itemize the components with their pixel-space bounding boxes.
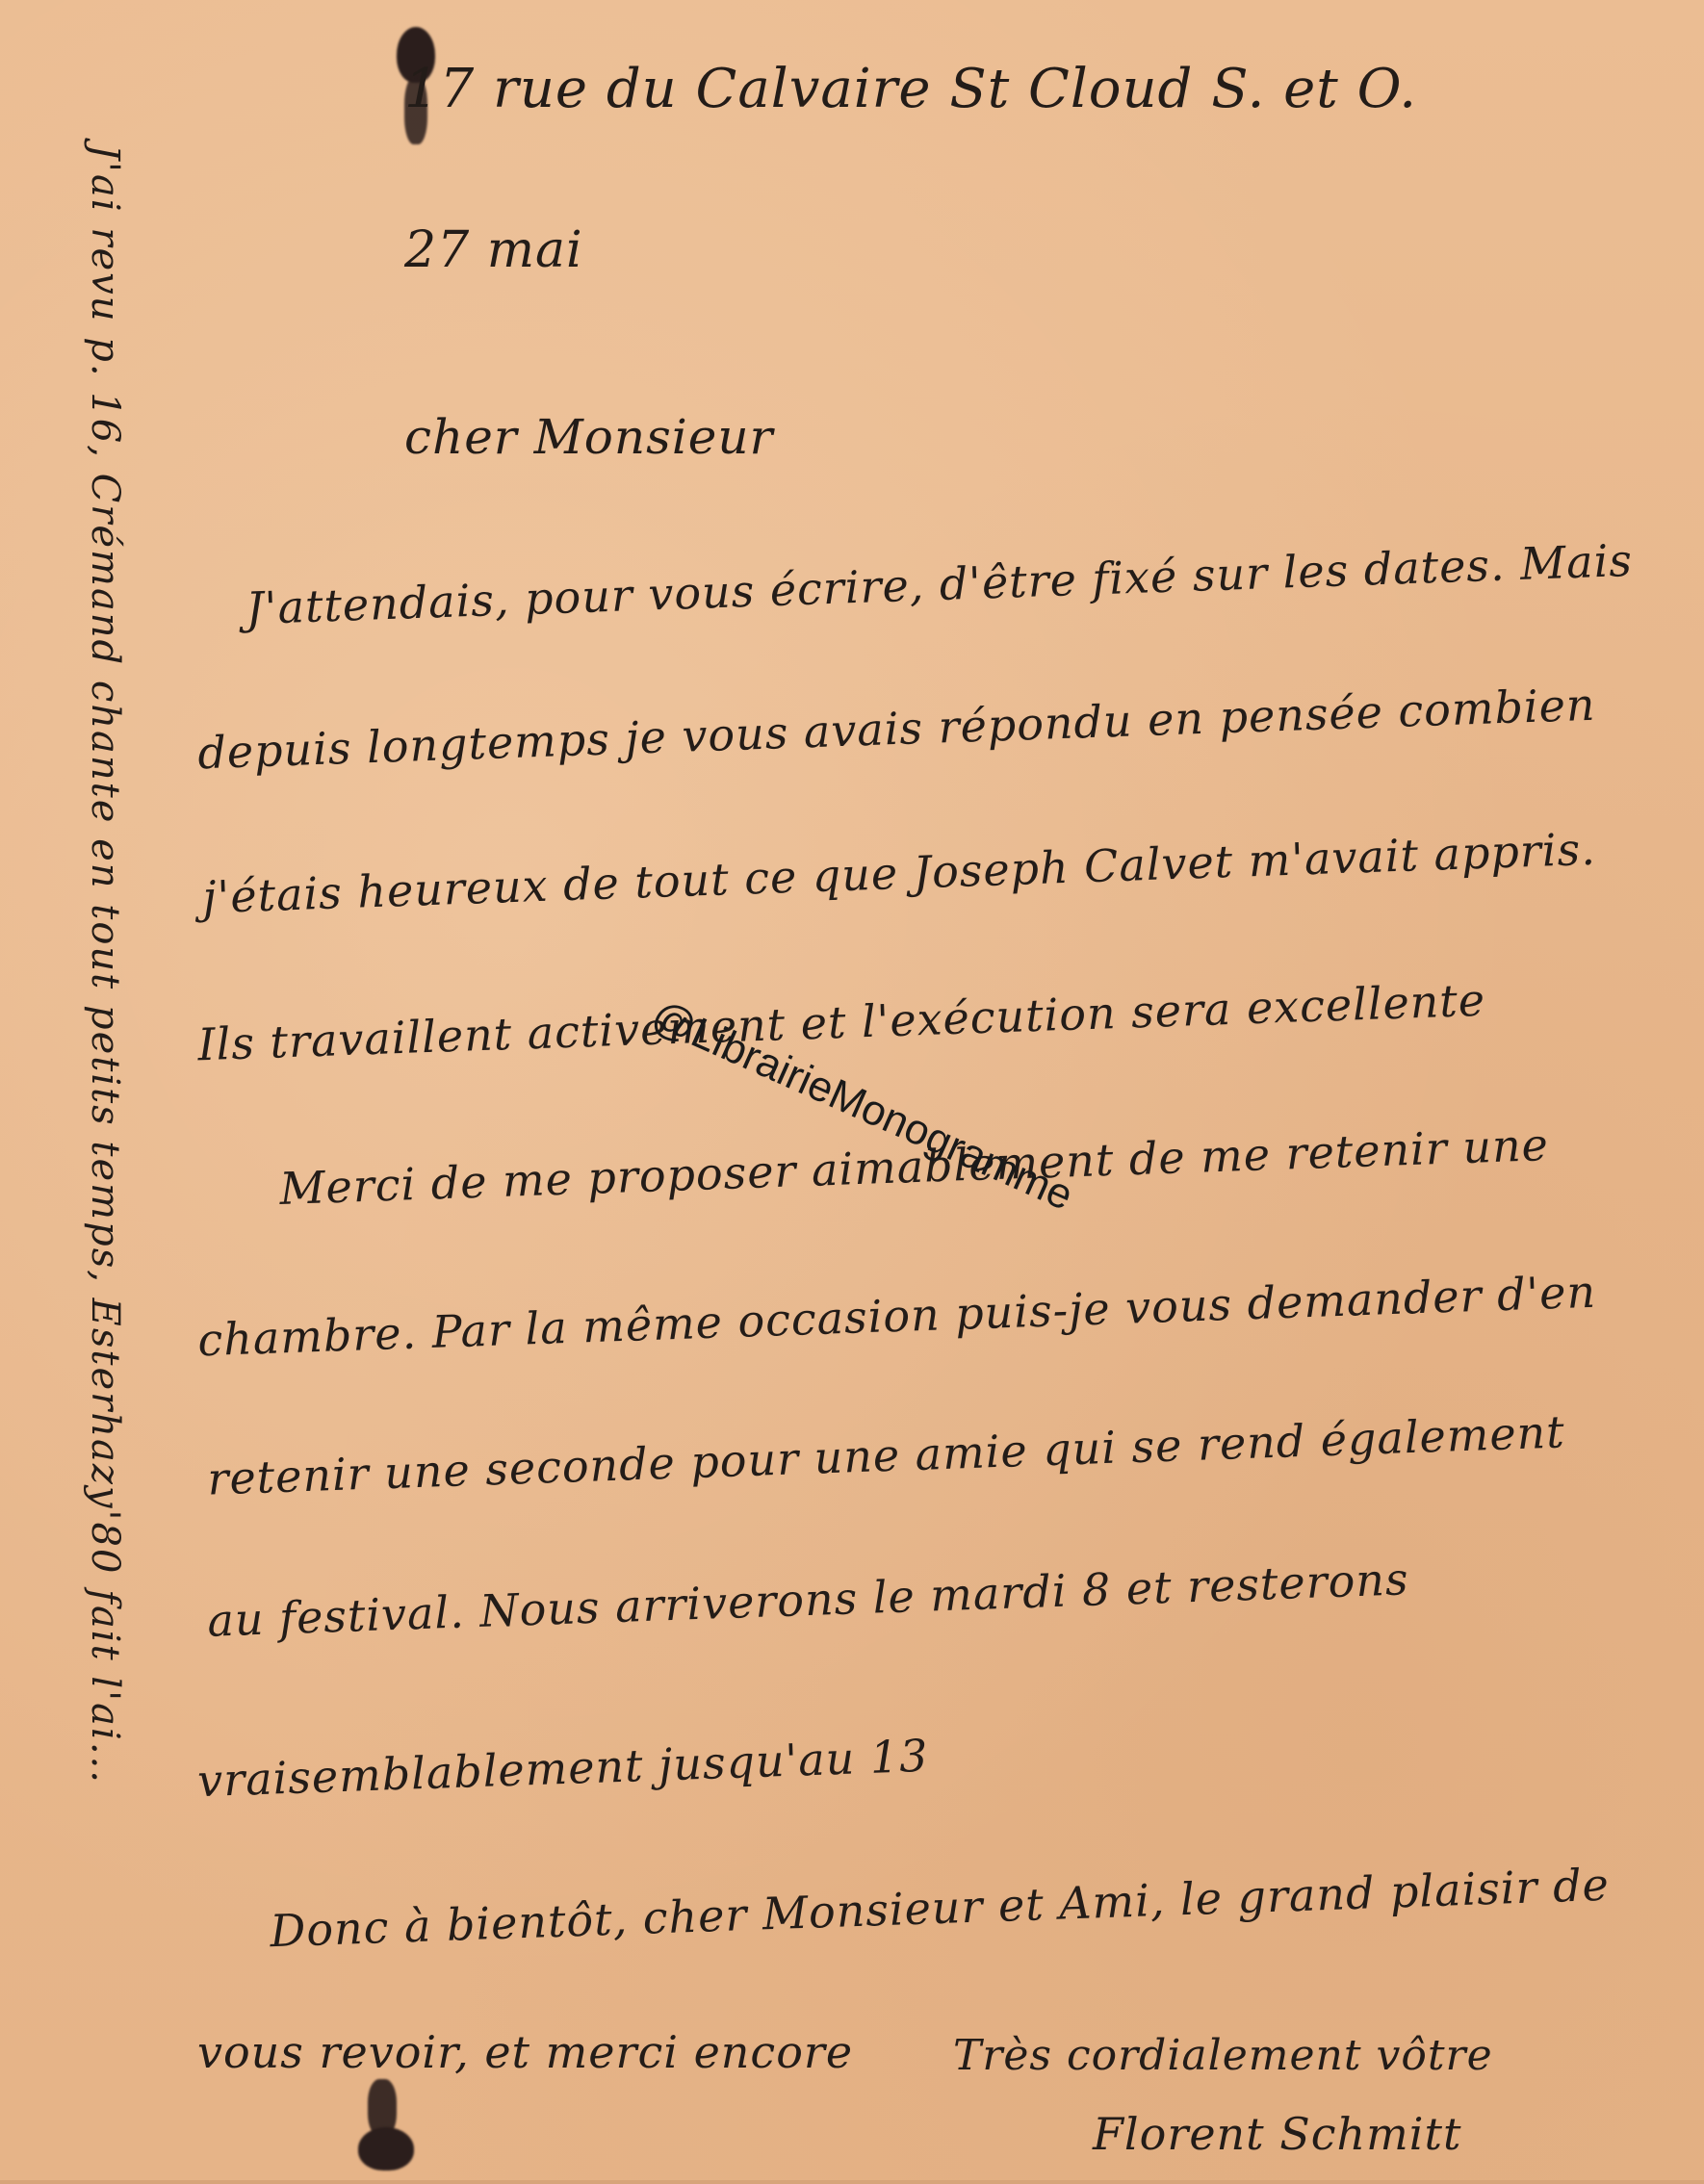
letter-page: 17 rue du Calvaire St Cloud S. et O. 27 … bbox=[0, 0, 1704, 2184]
margin-note-vertical: J'ai revu p. 16, Crémand chante en tout … bbox=[83, 144, 127, 1785]
scan-edge bbox=[0, 2180, 1704, 2184]
ink-blot-bottom bbox=[358, 2127, 414, 2171]
signature: Florent Schmitt bbox=[1093, 2108, 1461, 2160]
closing: Très cordialement vôtre bbox=[953, 2031, 1493, 2080]
letter-date: 27 mai bbox=[404, 221, 583, 279]
sender-address: 17 rue du Calvaire St Cloud S. et O. bbox=[404, 58, 1417, 120]
body-line-8: au festival. Nous arriverons le mardi 8 … bbox=[206, 1553, 1409, 1647]
body-line-7: retenir une seconde pour une amie qui se… bbox=[206, 1405, 1565, 1504]
salutation: cher Monsieur bbox=[404, 409, 773, 465]
body-line-1: J'attendais, pour vous écrire, d'être fi… bbox=[245, 534, 1633, 634]
body-line-9: vraisemblablement jusqu'au 13 bbox=[196, 1730, 929, 1807]
body-line-6: chambre. Par la même occasion puis-je vo… bbox=[197, 1266, 1597, 1367]
body-line-4: Ils travaillent activement et l'exécutio… bbox=[196, 974, 1485, 1071]
body-line-3: j'étais heureux de tout ce que Joseph Ca… bbox=[201, 823, 1596, 924]
body-line-10: Donc à bientôt, cher Monsieur et Ami, le… bbox=[269, 1859, 1610, 1958]
body-line-2: depuis longtemps je vous avais répondu e… bbox=[197, 679, 1597, 780]
body-line-11: vous revoir, et merci encore bbox=[197, 2026, 853, 2078]
